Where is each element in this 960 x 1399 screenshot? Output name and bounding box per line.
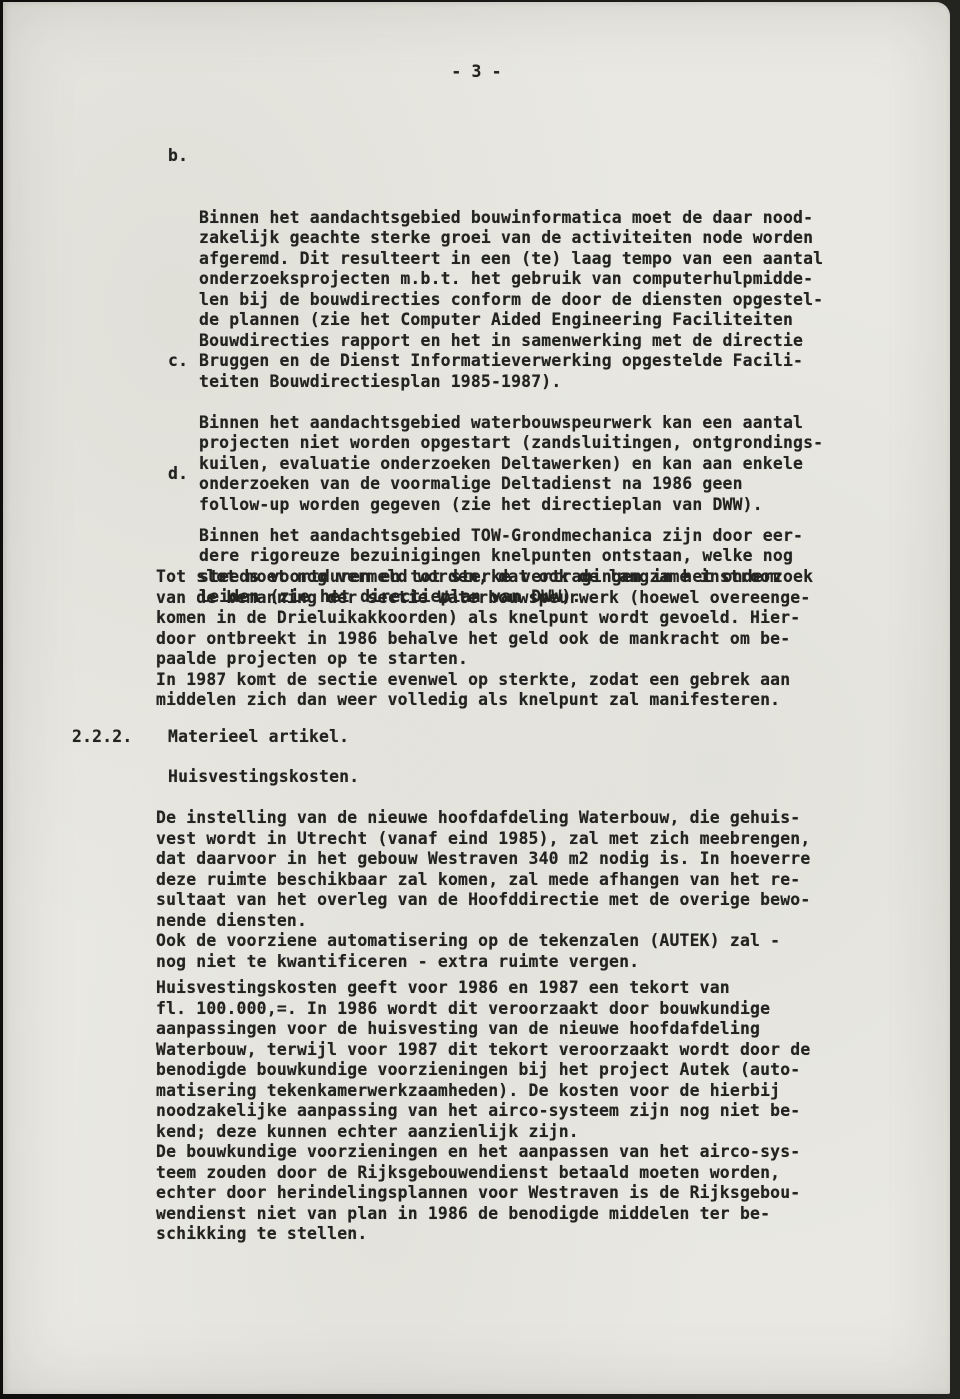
housing-paragraph: De instelling van de nieuwe hoofdafdelin…: [156, 808, 810, 972]
subheading-huisvestingskosten: Huisvestingskosten.: [168, 767, 359, 788]
section-title: Materieel artikel.: [168, 727, 349, 748]
document-page: - 3 - b. Binnen het aandachtsgebied bouw…: [3, 2, 950, 1394]
list-marker-d: d.: [168, 464, 188, 485]
scanned-document: - 3 - b. Binnen het aandachtsgebied bouw…: [0, 0, 960, 1399]
page-number: - 3 -: [3, 62, 950, 83]
deficit-paragraph: Huisvestingskosten geeft voor 1986 en 19…: [156, 978, 810, 1245]
section-number: 2.2.2.: [72, 727, 132, 748]
closing-paragraph: Tot slot moet nog vermeld worden, dat oo…: [156, 567, 810, 711]
list-marker-b: b.: [168, 146, 188, 167]
list-marker-c: c.: [168, 351, 188, 372]
